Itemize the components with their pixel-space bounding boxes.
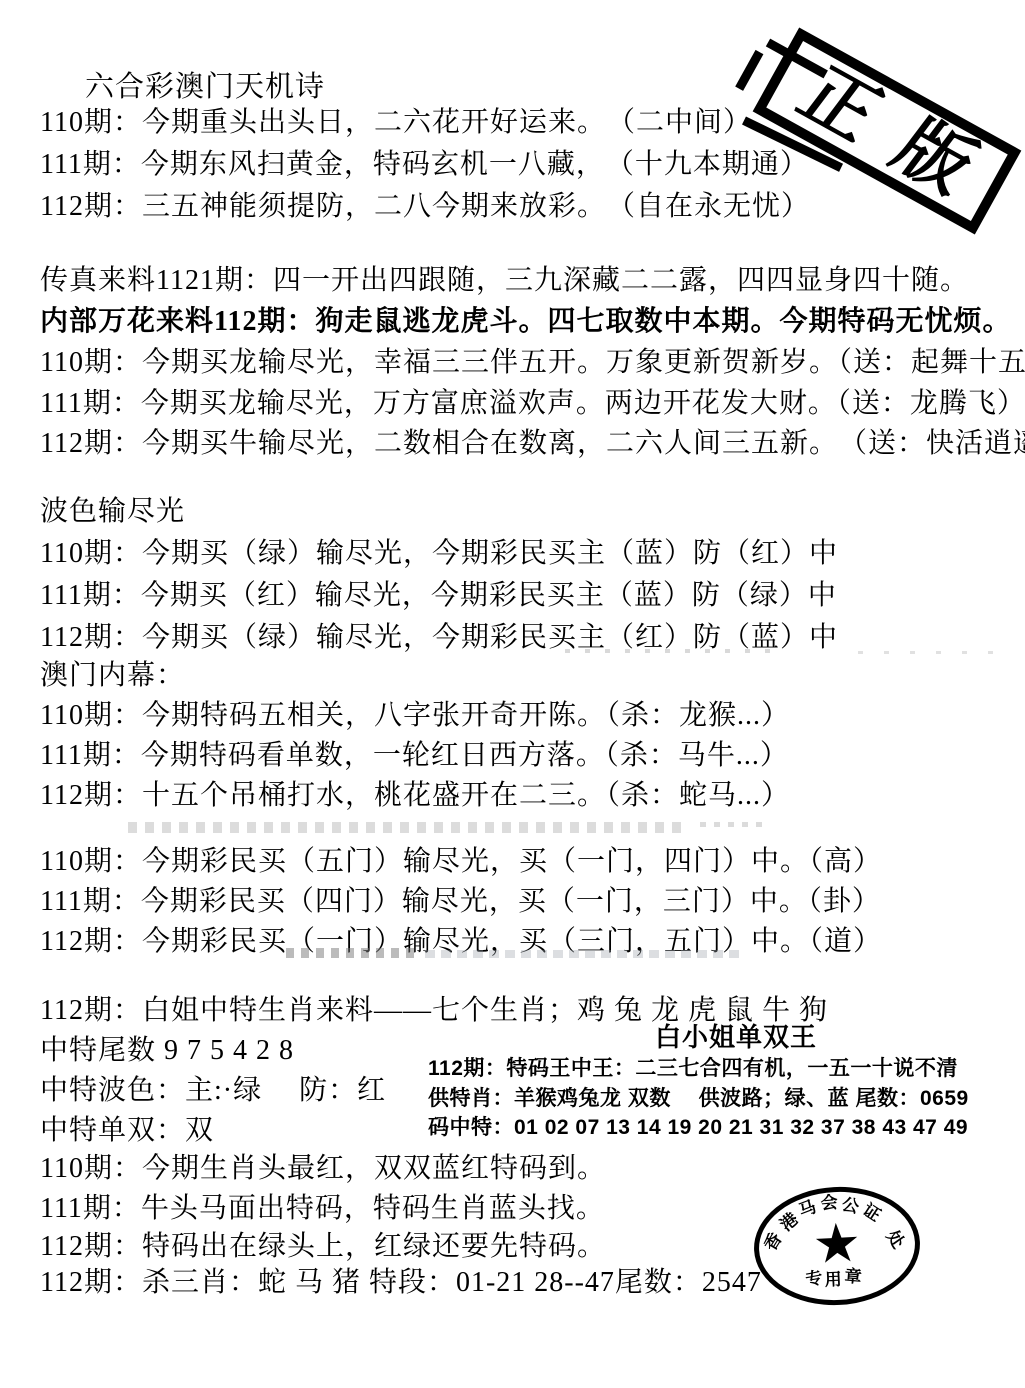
stats-wave-colour: 中特波色：主:·绿 防：红 (40, 1074, 386, 1108)
bottom-line-110: 110期：今期生肖头最红，双双蓝红特码到。 (40, 1152, 606, 1186)
stats-tail-digits: 中特尾数 9 7 5 4 2 8 (40, 1034, 294, 1068)
poem-line-112: 112期：三五神能须提防，二八今期来放彩。 （自在永无忧） (40, 190, 810, 224)
neimu-line-111: 111期：今期特码看单数，一轮红日西方落。（杀：马牛...） (40, 739, 789, 773)
neimu-line-112: 112期：十五个吊桶打水，桃花盛开在二三。（杀：蛇马...） (40, 779, 790, 813)
seal-bottom-char: 专 (804, 1269, 824, 1289)
neimu-header: 澳门内幕： (40, 659, 185, 693)
erased-text-smudge (286, 948, 416, 958)
page-title: 六合彩澳门天机诗 (85, 70, 325, 105)
erased-text-smudge (858, 651, 1008, 654)
erased-text-smudge (565, 649, 780, 653)
bottom-line-kill: 112期：杀三肖：蛇 马 猪 特段：01-21 28--47尾数：2547 (40, 1266, 762, 1300)
fax-line-111: 111期：今期买龙输尽光，万方富庶溢欢声。两边开花发大财。（送：龙腾飞） (40, 387, 1025, 421)
bottom-line-112: 112期：特码出在绿头上，红绿还要先特码。 (40, 1230, 606, 1264)
erased-text-smudge (128, 822, 688, 833)
fax-line-neibu: 内部万花来料112期：狗走鼠逃龙虎斗。四七取数中本期。今期特码无忧烦。 (40, 305, 1011, 339)
seal-arc-char: 港 (777, 1210, 801, 1234)
stats-odd-even: 中特单双：双 (40, 1114, 214, 1148)
right-block-king: 112期：特码王中王：二三七合四有机，一五一十说不清 (428, 1056, 958, 1081)
neimu-line-110: 110期：今期特码五相关，八字张开奇开陈。（杀：龙猴...） (40, 699, 790, 733)
doors-line-110: 110期：今期彩民买（五门）输尽光，买（一门，四门）中。（高） (40, 845, 882, 879)
bose-header: 波色输尽光 (40, 495, 185, 529)
fax-line-1121: 传真来料1121期：四一开出四跟随，三九深藏二二露，四四显身四十随。 (40, 264, 969, 298)
poem-line-111: 111期：今期东风扫黄金，特码玄机一八藏， （十九本期通） (40, 148, 809, 182)
right-block-numbers: 码中特：01 02 07 13 14 19 20 21 31 32 37 38 … (428, 1115, 968, 1140)
seal-arc-char: 证 (860, 1201, 884, 1225)
fax-line-110: 110期：今期买龙输尽光，幸福三三伴五开。万象更新贺新岁。（送：起舞十五夜） (40, 346, 1025, 380)
star-icon: ★ (811, 1216, 862, 1272)
seal-arc-char: 处 (883, 1228, 907, 1252)
seal-bottom-char: 章 (844, 1267, 862, 1285)
document-page: 六合彩澳门天机诗 110期：今期重头出头日，二六花开好运来。 （二中间） 111… (0, 0, 1025, 1388)
right-block-zodiac: 供特肖：羊猴鸡兔龙 双数 供波路；绿、蓝 尾数：0659 (428, 1086, 969, 1111)
seal-bottom-char: 用 (824, 1271, 842, 1289)
bottom-line-111: 111期：牛头马面出特码，特码生肖蓝头找。 (40, 1192, 605, 1226)
genuine-stamp-char: 版 (881, 111, 988, 204)
notary-seal-stamp: ★ 香 港 马 会 公 证 处 专 用 章 (751, 1183, 923, 1310)
seal-arc-char: 香 (761, 1230, 784, 1253)
stamp-overstrike-mark (735, 50, 763, 91)
doors-line-111: 111期：今期彩民买（四门）输尽光，买（一门，三门）中。（卦） (40, 885, 881, 919)
genuine-stamp-char: 正 (786, 58, 893, 151)
erased-text-smudge (425, 950, 740, 958)
seal-arc-char: 会 (820, 1194, 838, 1212)
fax-line-112: 112期：今期买牛输尽光，二数相合在数离，二六人间三五新。 （送：快活逍遥） (40, 427, 1025, 461)
bose-line-111: 111期：今期买（红）输尽光，今期彩民买主（蓝）防（绿）中 (40, 579, 837, 613)
poem-line-110: 110期：今期重头出头日，二六花开好运来。 （二中间） (40, 106, 752, 140)
right-block-title: 白小姐单双王 (655, 1022, 817, 1053)
erased-text-smudge (700, 822, 770, 827)
bose-line-110: 110期：今期买（绿）输尽光，今期彩民买主（蓝）防（红）中 (40, 537, 838, 571)
